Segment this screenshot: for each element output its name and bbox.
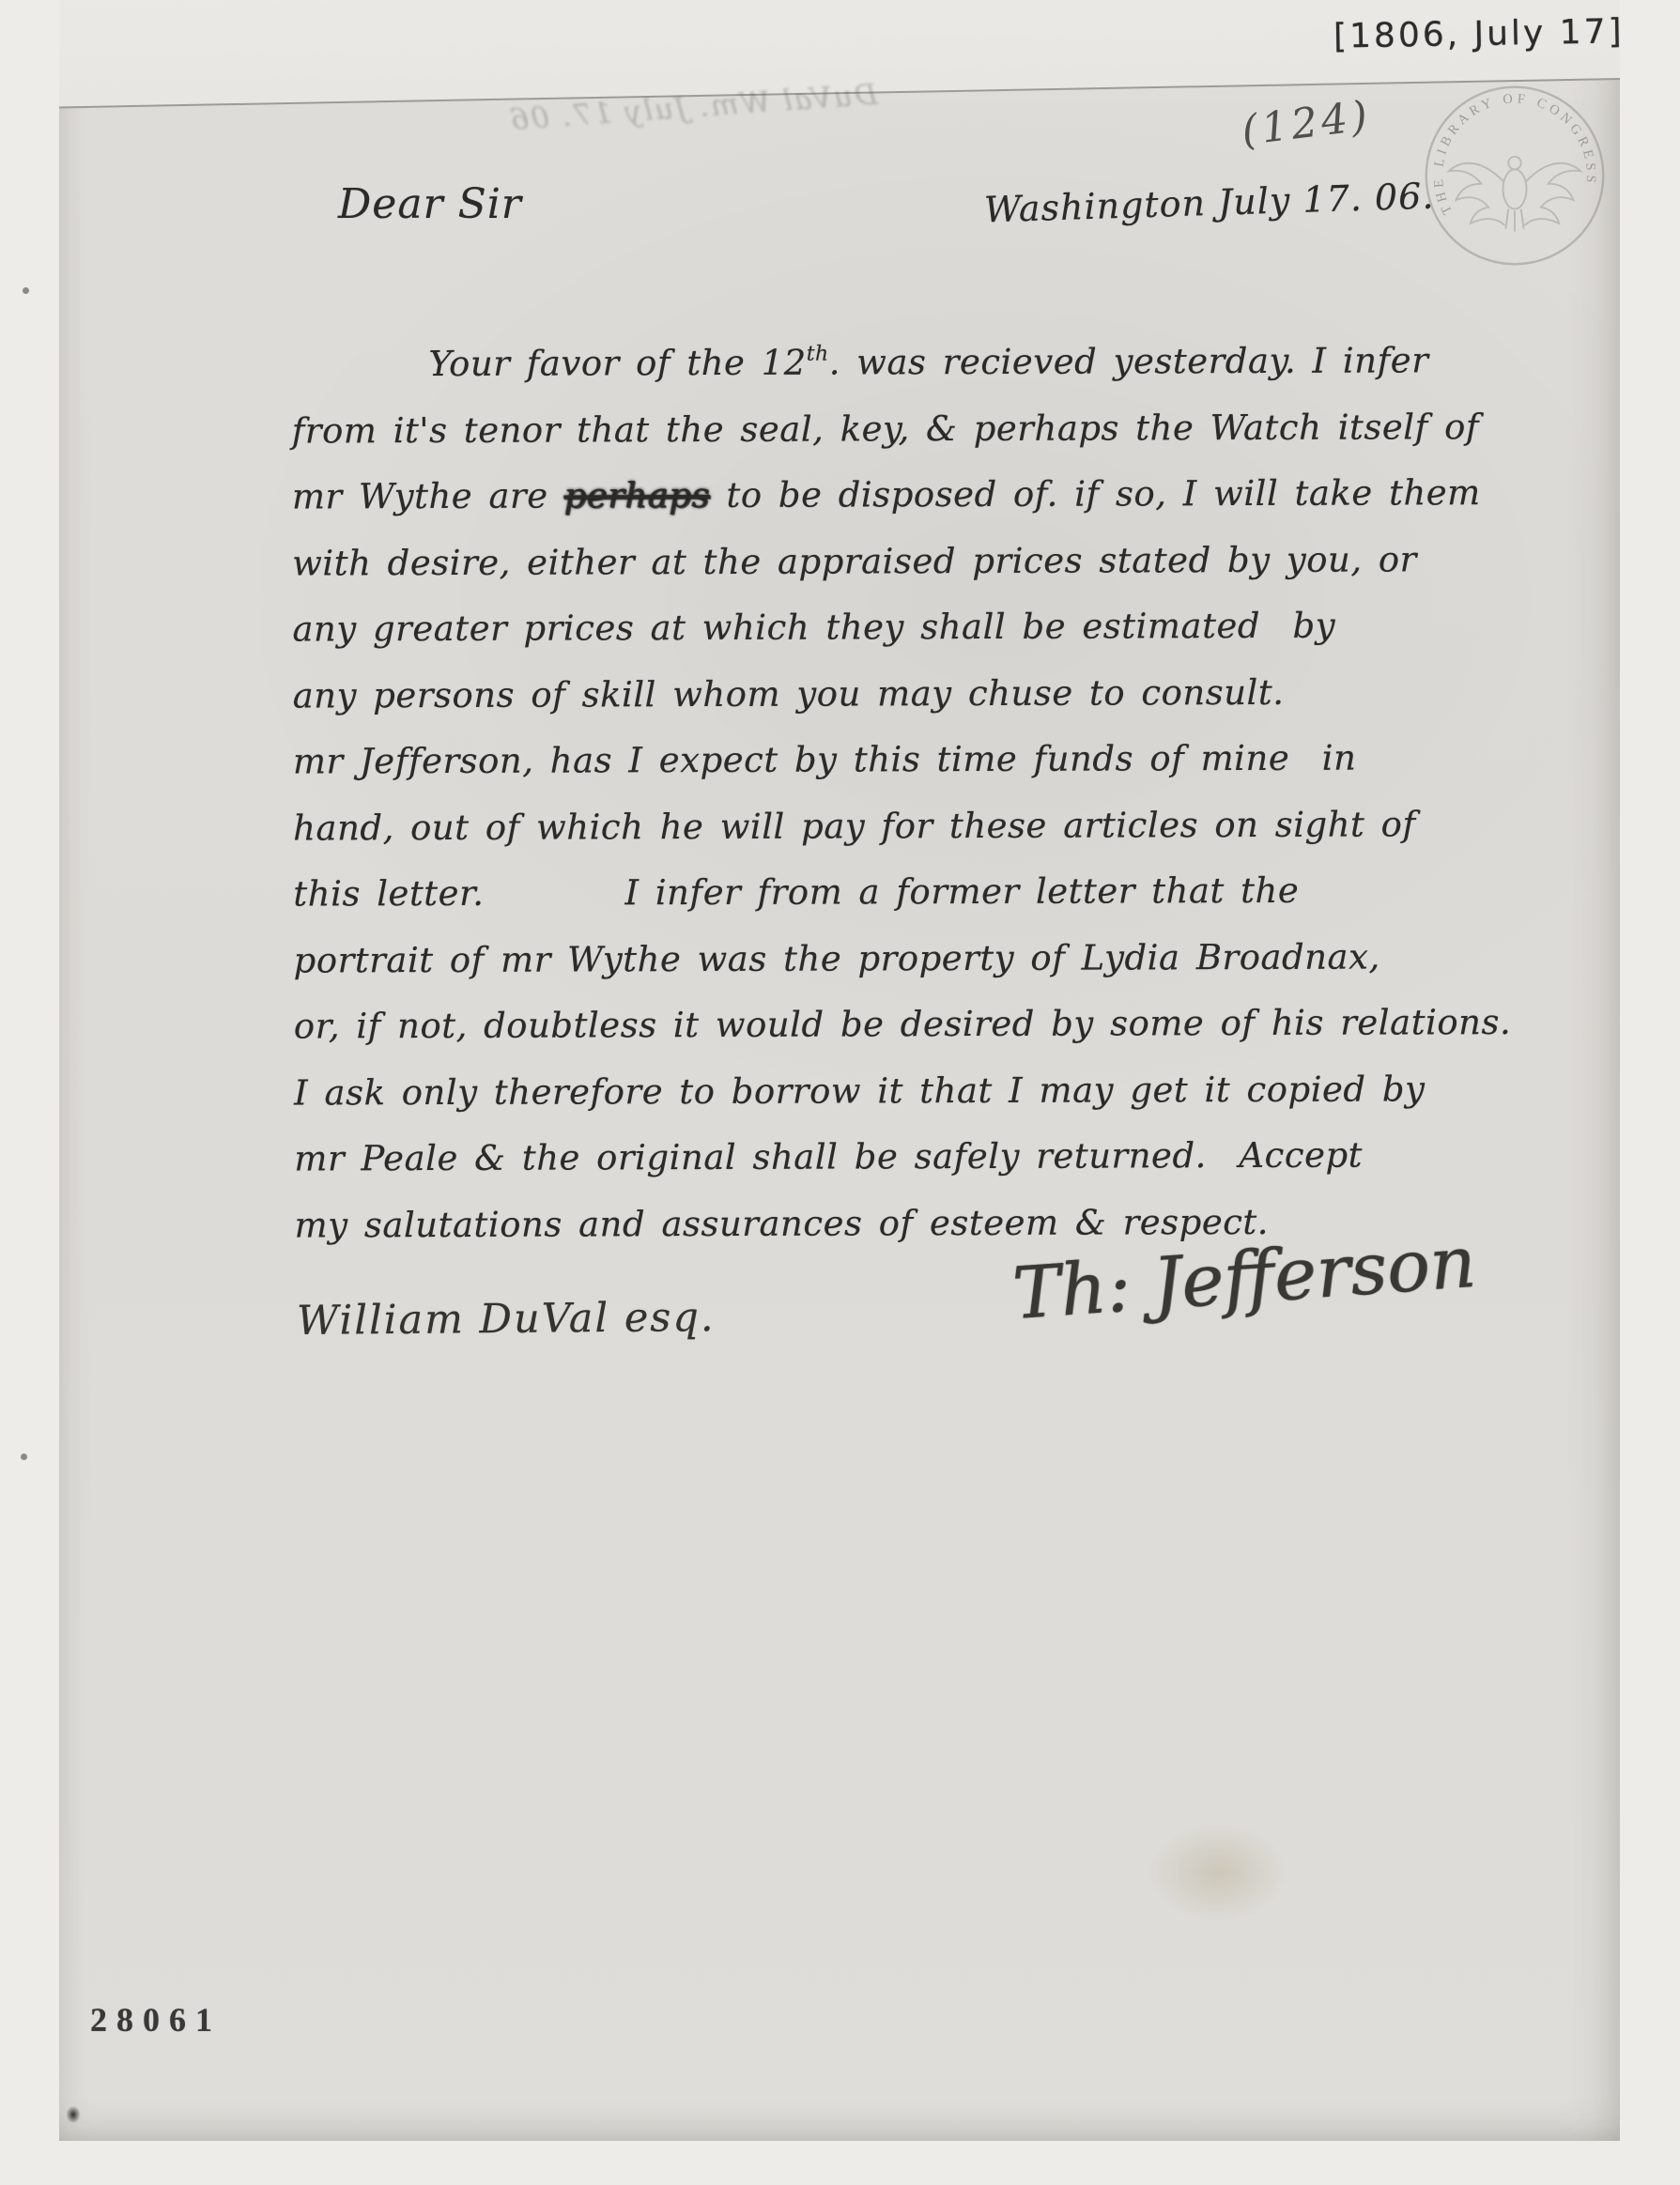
library-of-congress-stamp: THE LIBRARY OF CONGRESS — [1420, 81, 1610, 270]
body-line: hand, out of which he will pay for these… — [293, 791, 1655, 862]
body-line: Your favor of the 12th. was recieved yes… — [291, 318, 1653, 398]
paper-stain — [1148, 1823, 1288, 1922]
body-line: with desire, either at the appraised pri… — [292, 526, 1654, 597]
archival-date-note: [1806, July 17] — [1333, 12, 1625, 55]
body-line: mr Peale & the original shall be safely … — [294, 1121, 1656, 1193]
body-line: any greater prices at which they shall b… — [292, 592, 1654, 663]
closing-addressee: William DuVal esq. — [297, 1294, 716, 1345]
paper-speck — [23, 287, 29, 294]
body-line: portrait of mr Wythe was the property of… — [294, 923, 1656, 994]
scanned-letter-page: DuVal Wm. July 17. 06 [1806, July 17] (1… — [0, 0, 1680, 2185]
body-line: mr Wythe are perhaps to be disposed of. … — [292, 459, 1654, 531]
catalog-number-stamp: 28061 — [90, 2000, 222, 2039]
body-line: this letter.I infer from a former letter… — [293, 856, 1655, 928]
body-line: or, if not, doubtless it would be desire… — [294, 989, 1656, 1060]
body-line: any persons of skill whom you may chuse … — [293, 658, 1655, 730]
body-line: from it's tenor that the seal, key, & pe… — [292, 393, 1654, 465]
body-line: I ask only therefore to borrow it that I… — [294, 1055, 1656, 1127]
letter-body: Your favor of the 12th. was recieved yes… — [291, 318, 1656, 1258]
paper-speck — [21, 1454, 27, 1460]
salutation: Dear Sir — [338, 180, 522, 228]
body-line: mr Jefferson, has I expect by this time … — [293, 724, 1655, 795]
eagle-icon — [1449, 157, 1580, 232]
